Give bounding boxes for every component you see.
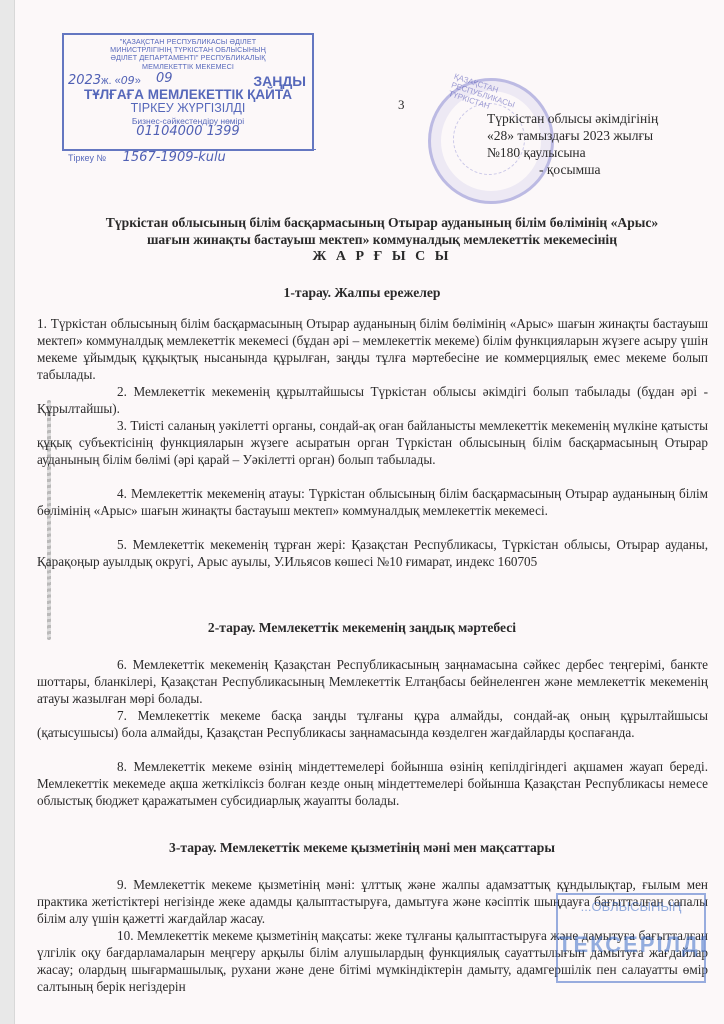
title-line: Түркістан облысының білім басқармасының … — [20, 214, 724, 231]
annex-reference: Түркістан облысы әкімдігінің «28» тамызд… — [487, 110, 658, 178]
paragraph-2: 2. Мемлекеттік мекеменің құрылтайшысы Тү… — [37, 383, 708, 417]
page-number: 3 — [398, 97, 405, 113]
stamp-reg-number: 1567-1909-kulu — [123, 150, 226, 165]
verified-stamp-line2: ТЕКСЕРІЛДІ — [558, 932, 704, 958]
stamp-zandy: ЗАҢДЫ — [253, 73, 306, 89]
title-charter: Ж А Р Ғ Ы С Ы — [20, 248, 724, 265]
section-heading-1: 1-тарау. Жалпы ережелер — [0, 285, 724, 301]
paragraph-1: 1. Түркістан облысының білім басқармасын… — [37, 315, 708, 383]
stamp-month-suffix: » — [135, 75, 141, 87]
paragraph-6: 6. Мемлекеттік мекеменің Қазақстан Респу… — [37, 656, 708, 707]
paragraph-7: 7. Мемлекеттік мекеме басқа заңды тұлған… — [37, 707, 708, 741]
stamp-bin: 01104000 1399 — [64, 126, 312, 138]
stamp-year-suffix: ж. « — [101, 75, 121, 87]
verified-stamp: ...ОБЛЫСЫНЫҢ ТЕКСЕРІЛДІ — [556, 893, 706, 983]
stamp-line3: ТІРКЕУ ЖҮРГІЗІЛДІ — [64, 102, 312, 115]
stamp-date-row: 2023ж. «09» 09 ЗАҢДЫ — [64, 73, 312, 88]
verified-stamp-line1: ...ОБЛЫСЫНЫҢ — [558, 899, 704, 914]
title-line: шағын жинақты бастауыш мектеп» коммуналд… — [20, 231, 724, 248]
paragraph-4: 4. Мемлекеттік мекеменің атауы: Түркіста… — [37, 485, 708, 519]
stamp-year: 2023 — [68, 73, 101, 88]
annex-line: - қосымша — [487, 161, 658, 178]
section-heading-3: 3-тарау. Мемлекеттік мекеме қызметінің м… — [0, 840, 724, 856]
paragraph-3: 3. Тиісті саланың уәкілетті органы, сонд… — [37, 417, 708, 468]
stamp-reg-row: Тіркеу № 1567-1909-kulu — [64, 149, 316, 165]
paragraph-8: 8. Мемлекеттік мекеме өзінің міндеттемел… — [37, 758, 708, 809]
annex-line: Түркістан облысы әкімдігінің — [487, 110, 658, 127]
stamp-month: 09 — [121, 74, 135, 87]
section-heading-2: 2-тарау. Мемлекеттік мекеменің заңдық мә… — [0, 620, 724, 636]
stamp-line2: ТҰЛҒАҒА МЕМЛЕКЕТТІК ҚАЙТА — [64, 88, 312, 102]
scan-margin — [0, 0, 15, 1024]
stamp-reg-label: Тіркеу № — [68, 153, 106, 163]
registration-stamp: "ҚАЗАҚСТАН РЕСПУБЛИКАСЫ ӘДІЛЕТ МИНИСТРЛІ… — [62, 33, 314, 151]
stamp-header-line: МЕМЛЕКЕТТІК МЕКЕМЕСІ — [64, 63, 312, 71]
paragraph-5: 5. Мемлекеттік мекеменің тұрған жері: Қа… — [37, 536, 708, 570]
annex-line: №180 қаулысына — [487, 144, 658, 161]
annex-line: «28» тамыздағы 2023 жылғы — [487, 127, 658, 144]
document-title: Түркістан облысының білім басқармасының … — [20, 214, 724, 265]
stamp-day: 09 — [156, 71, 173, 86]
